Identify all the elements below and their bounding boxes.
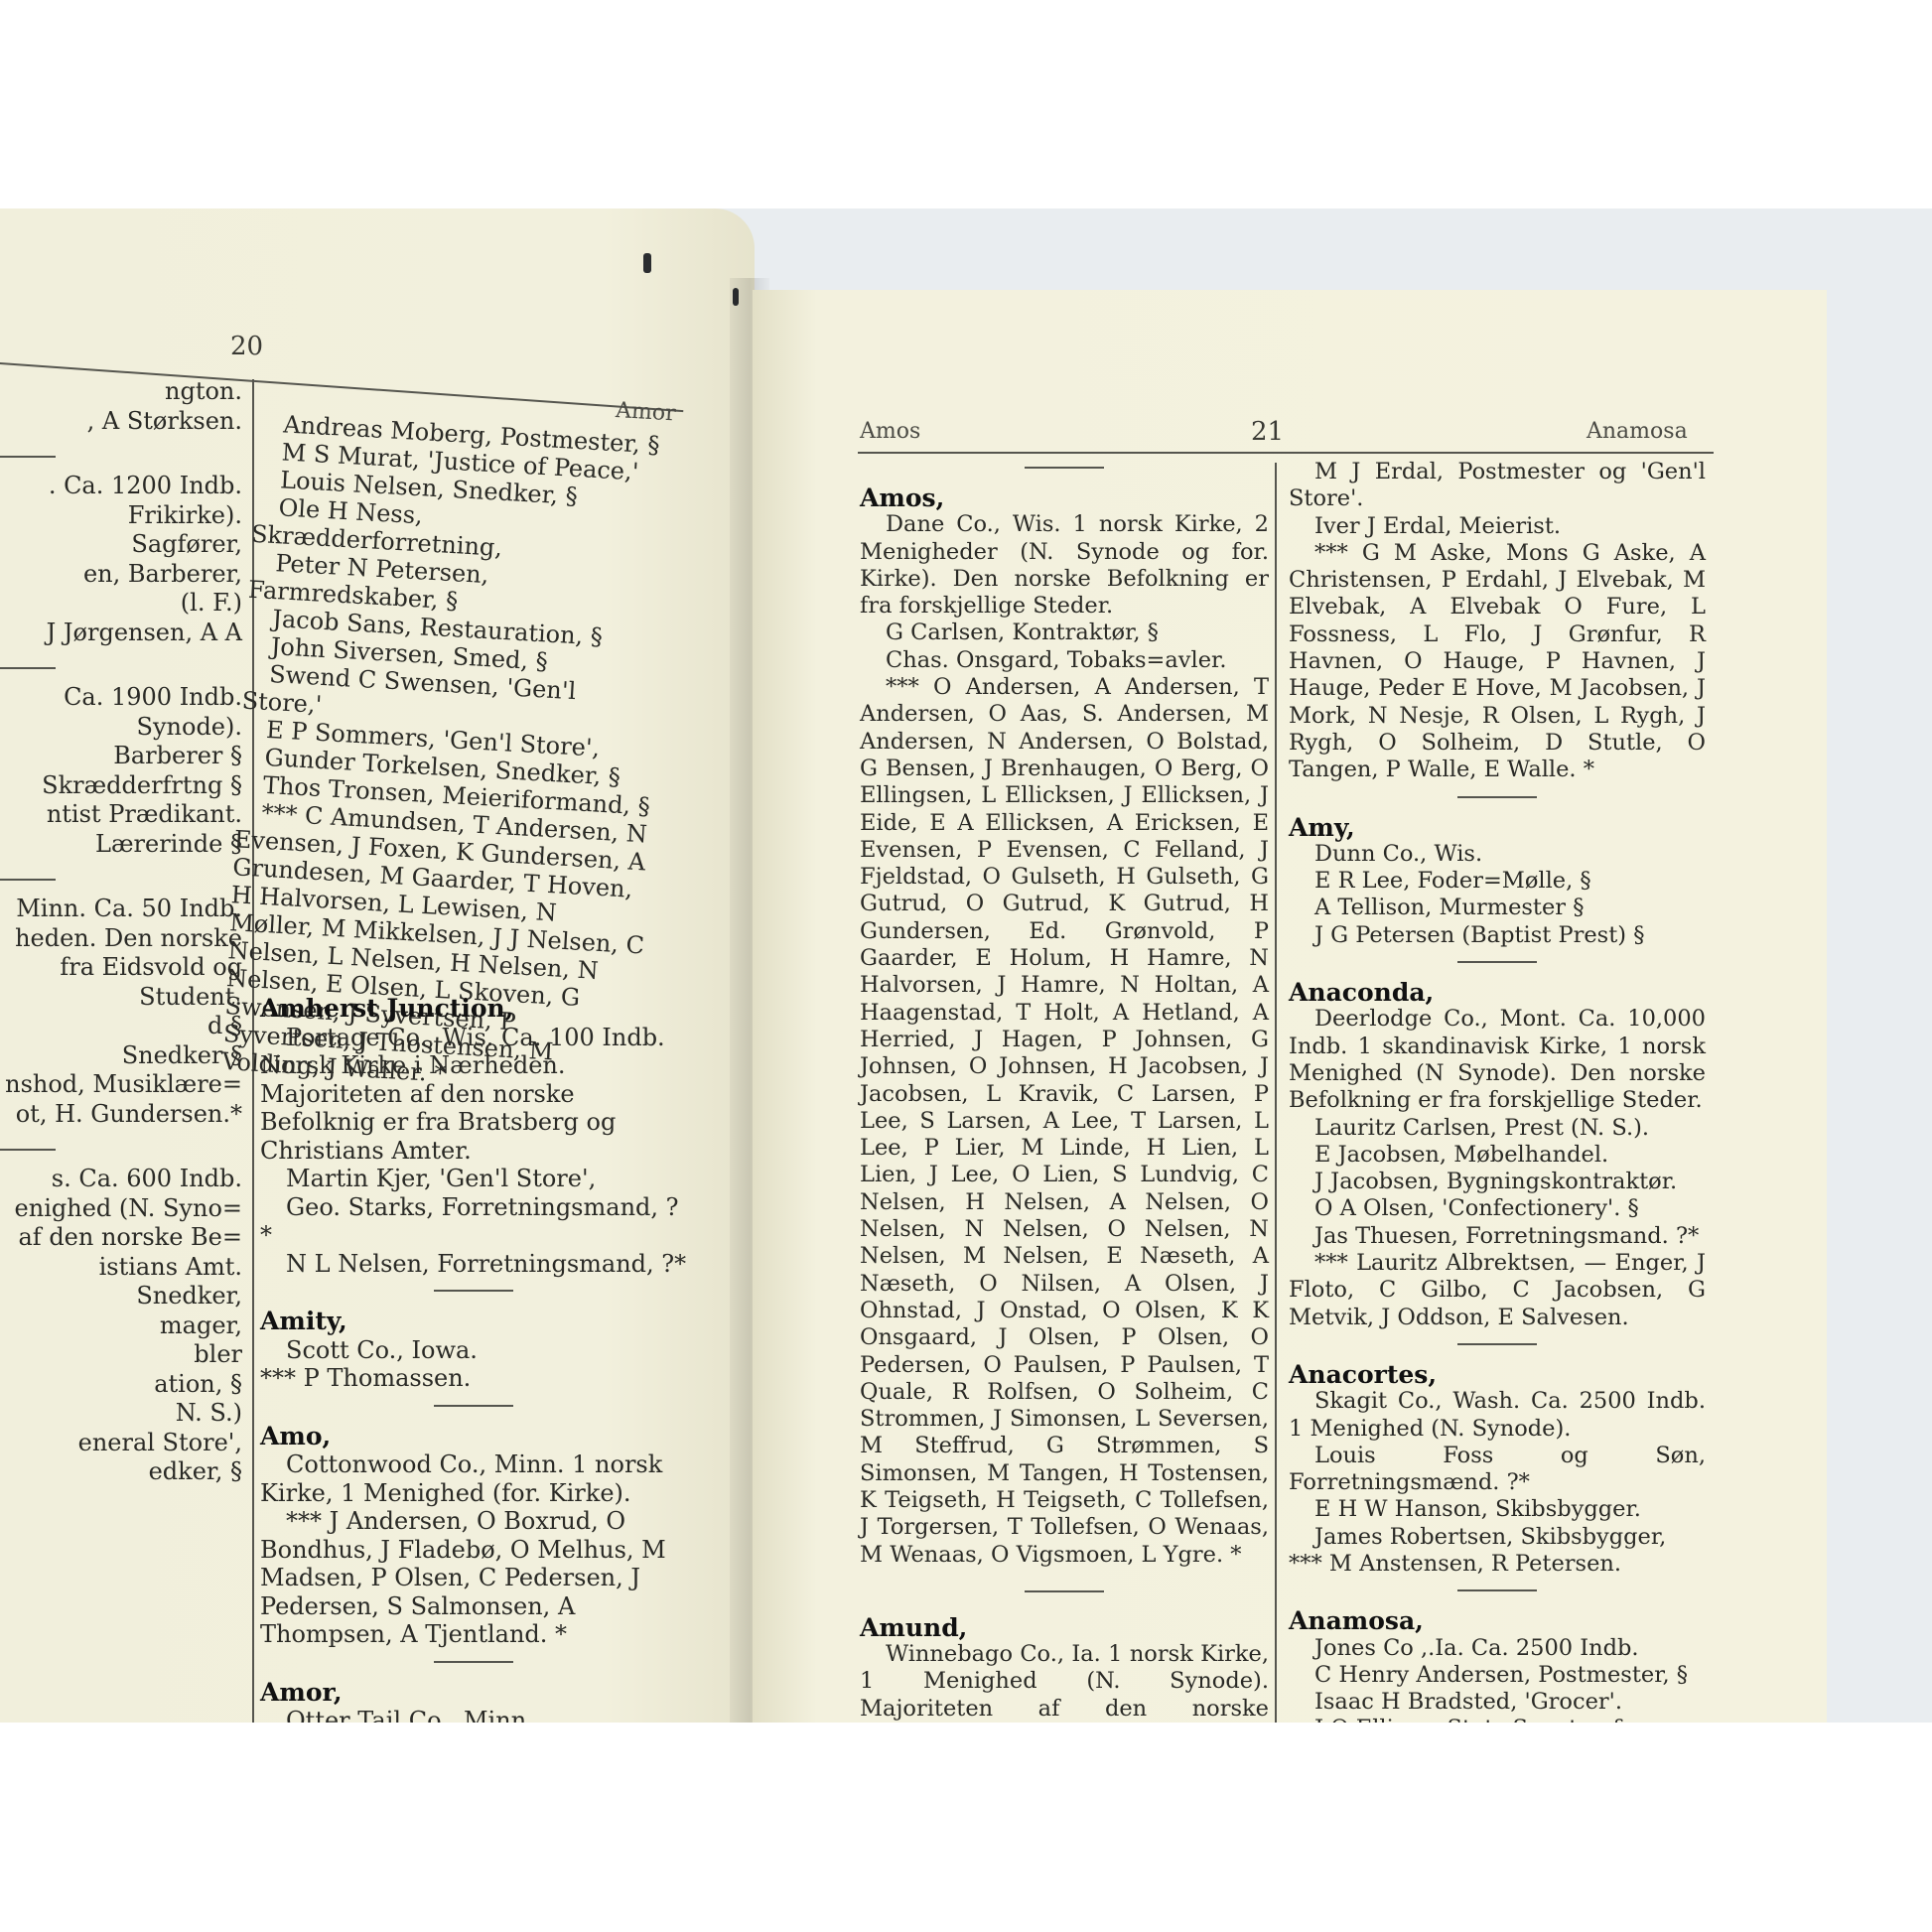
place-description: Otter Tail Co., Minn. <box>260 1707 687 1723</box>
fragment-line: nshod, Musiklære= <box>0 1070 242 1100</box>
entry-line: Isaac H Bradsted, 'Grocer'. <box>1289 1689 1706 1716</box>
fragment-line: N. S.) <box>0 1399 242 1429</box>
entry-line: J G Petersen (Baptist Prest) § <box>1289 922 1706 949</box>
entry-separator <box>0 1135 56 1151</box>
entry-separator <box>434 1661 513 1663</box>
right-column-2: M J Erdal, Postmester og 'Gen'l Store'. … <box>1289 459 1706 1723</box>
entry-anaconda: Anaconda, Deerlodge Co., Mont. Ca. 10,00… <box>1289 979 1706 1331</box>
fragment-line: . Ca. 1200 Indb. <box>0 472 242 501</box>
entry-line: J Jacobsen, Bygningskontraktør. <box>1289 1169 1706 1195</box>
place-description: Dane Co., Wis. 1 norsk Kirke, 2 Menighed… <box>860 511 1269 620</box>
right-column-1: Amos, Dane Co., Wis. 1 norsk Kirke, 2 Me… <box>860 467 1269 1723</box>
resident-list: *** G M Aske, Mons G Aske, A Christensen… <box>1289 540 1706 784</box>
fragment-line: Frikirke). <box>0 501 242 531</box>
fragment-line: Synode). <box>0 713 242 743</box>
fragment-line: d § <box>0 1012 242 1041</box>
book-cover-edge <box>643 253 651 273</box>
fragment-list: ngton., A Størksen.. Ca. 1200 Indb.Friki… <box>0 377 242 1487</box>
entry-line: C Henry Andersen, Postmester, § <box>1289 1662 1706 1689</box>
entry-line: Lauritz Carlsen, Prest (N. S.). <box>1289 1115 1706 1142</box>
entry-amo: Amo, Cottonwood Co., Minn. 1 norsk Kirke… <box>260 1423 687 1649</box>
place-title: Amund, <box>860 1614 1269 1641</box>
place-title: Amy, <box>1289 814 1706 841</box>
place-title: Anaconda, <box>1289 979 1706 1006</box>
entry-separator <box>1457 796 1537 798</box>
left-page: 20 ngton., A Størksen.. Ca. 1200 Indb.Fr… <box>0 208 755 1723</box>
fragment-line: (l. F.) <box>0 589 242 619</box>
fragment-line: Snedker, <box>0 1282 242 1311</box>
entry-anacortes: Anacortes, Skagit Co., Wash. Ca. 2500 In… <box>1289 1361 1706 1578</box>
fragment-line: Sagfører, <box>0 530 242 560</box>
entry-separator <box>1457 961 1537 963</box>
entry-line: Louis Foss og Søn, Forretningsmænd. ?* <box>1289 1443 1706 1497</box>
place-description: Winnebago Co., Ia. 1 norsk Kirke, 1 Meni… <box>860 1641 1269 1723</box>
entry-separator <box>1457 1343 1537 1345</box>
place-description: Cottonwood Co., Minn. 1 norsk Kirke, 1 M… <box>260 1450 687 1507</box>
entry-line: Iver J Erdal, Meierist. <box>1289 513 1706 540</box>
entry-amity: Amity, Scott Co., Iowa. *** P Thomassen. <box>260 1308 687 1393</box>
entry-separator <box>0 442 56 458</box>
column-rule <box>1275 463 1277 1723</box>
resident-list: *** O Andersen, A Andersen, T Andersen, … <box>860 674 1269 1569</box>
fragment-line: ot, H. Gundersen.* <box>0 1100 242 1130</box>
place-description: Deerlodge Co., Mont. Ca. 10,000 Indb. 1 … <box>1289 1006 1706 1114</box>
entry-separator <box>434 1290 513 1292</box>
fragment-line: ation, § <box>0 1370 242 1400</box>
fragment-line: bler <box>0 1340 242 1370</box>
place-title: Anacortes, <box>1289 1361 1706 1388</box>
place-title: Amo, <box>260 1423 687 1451</box>
entry-line: N L Nelsen, Forretningsmand, ?* <box>260 1250 687 1279</box>
entry-line: E H W Hanson, Skibsbygger. <box>1289 1496 1706 1523</box>
entry-line: E Jacobsen, Møbelhandel. <box>1289 1142 1706 1169</box>
entry-amy: Amy, Dunn Co., Wis. E R Lee, Foder=Mølle… <box>1289 814 1706 949</box>
fragment-line: fra Eidsvold og <box>0 953 242 983</box>
entry-amor: Amor, Otter Tail Co., Minn. *** A Anders… <box>260 1679 687 1724</box>
entry-line: James Robertsen, Skibsbygger, <box>1289 1524 1706 1551</box>
fragment-line: s. Ca. 600 Indb. <box>0 1165 242 1194</box>
entry-line: A Tellison, Murmester § <box>1289 895 1706 921</box>
header-rule <box>858 452 1714 454</box>
entry-amos: Amos, Dane Co., Wis. 1 norsk Kirke, 2 Me… <box>860 484 1269 1569</box>
fragment-line: , A Størksen. <box>0 407 242 437</box>
place-title: Anamosa, <box>1289 1607 1706 1634</box>
fragment-line: eneral Store', <box>0 1429 242 1458</box>
entry-separator <box>1457 1589 1537 1591</box>
photo-bottom-margin <box>0 1723 1932 1932</box>
fragment-line: Ca. 1900 Indb. <box>0 683 242 713</box>
entry-line: Jas Thuesen, Forretningsmand. ?* <box>1289 1223 1706 1250</box>
fragment-line: enighed (N. Syno= <box>0 1194 242 1224</box>
fragment-line: Skrædderfrtng § <box>0 771 242 801</box>
fragment-line: Snedker § <box>0 1041 242 1071</box>
resident-list: *** M Anstensen, R Petersen. <box>1289 1551 1706 1578</box>
fragment-line: Student. <box>0 983 242 1013</box>
entry-anamosa: Anamosa, Jones Co ,.Ia. Ca. 2500 Indb. C… <box>1289 1607 1706 1723</box>
fragment-line: istians Amt. <box>0 1253 242 1283</box>
place-title: Amor, <box>260 1679 687 1708</box>
fragment-line: edker, § <box>0 1457 242 1487</box>
fragment-line: J Jørgensen, A A <box>0 619 242 648</box>
fragment-line: heden. Den norske <box>0 924 242 954</box>
entry-separator <box>434 1405 513 1407</box>
place-description: Dunn Co., Wis. <box>1289 841 1706 868</box>
page-number: 20 <box>230 332 263 361</box>
fragment-line: Barberer § <box>0 742 242 771</box>
left-inner-column: Amor Andreas Moberg, Postmester, § M S M… <box>221 377 677 1098</box>
entry-line: Chas. Onsgard, Tobaks=avler. <box>860 647 1269 674</box>
fragment-line: ntist Prædikant. <box>0 800 242 830</box>
entry-line: Martin Kjer, 'Gen'l Store', <box>260 1165 687 1193</box>
place-title: Amherst Junction, <box>260 995 687 1024</box>
entry-line: E R Lee, Foder=Mølle, § <box>1289 868 1706 895</box>
entry-separator <box>1025 1590 1104 1592</box>
entry-line: G Carlsen, Kontraktør, § <box>860 620 1269 646</box>
resident-list: *** Lauritz Albrektsen, — Enger, J Floto… <box>1289 1250 1706 1331</box>
left-inner-column-entries: Amherst Junction, Portage Co., Wis. Ca. … <box>260 993 687 1723</box>
running-head-left: Amos <box>860 419 920 444</box>
entry-separator <box>0 653 56 669</box>
resident-list: *** J Andersen, O Boxrud, O Bondhus, J F… <box>260 1507 687 1649</box>
place-title: Amity, <box>260 1308 687 1336</box>
fragment-line: Lærerinde § <box>0 830 242 860</box>
fragment-line: mager, <box>0 1311 242 1341</box>
entry-separator <box>1025 467 1104 469</box>
fragment-line: Minn. Ca. 50 Indb. <box>0 895 242 924</box>
entry-line: Geo. Starks, Forretningsmand, ?* <box>260 1193 687 1250</box>
entry-amherst-junction: Amherst Junction, Portage Co., Wis. Ca. … <box>260 995 687 1278</box>
fragment-line: ngton. <box>0 377 242 407</box>
resident-list: *** P Thomassen. <box>260 1364 687 1393</box>
place-description: Scott Co., Iowa. <box>260 1336 687 1365</box>
entry-amund: Amund, Winnebago Co., Ia. 1 norsk Kirke,… <box>860 1614 1269 1723</box>
fragment-line: en, Barberer, <box>0 560 242 590</box>
right-page: Amos 21 Anamosa Amos, Dane Co., Wis. 1 n… <box>753 290 1827 1723</box>
entry-line: O A Olsen, 'Confectionery'. § <box>1289 1195 1706 1222</box>
running-head-right: Anamosa <box>1587 419 1688 444</box>
place-title: Amos, <box>860 484 1269 511</box>
place-description: Portage Co., Wis. Ca. 100 Indb. Norsk Ki… <box>260 1024 687 1166</box>
fragment-line: af den norske Be= <box>0 1223 242 1253</box>
entry-line: M J Erdal, Postmester og 'Gen'l Store'. <box>1289 459 1706 513</box>
place-description: Jones Co ,.Ia. Ca. 2500 Indb. <box>1289 1635 1706 1662</box>
page-number: 21 <box>1251 417 1284 447</box>
entry-separator <box>0 865 56 881</box>
left-outer-column: ngton., A Størksen.. Ca. 1200 Indb.Friki… <box>0 377 242 1487</box>
place-description: Skagit Co., Wash. Ca. 2500 Indb. 1 Menig… <box>1289 1388 1706 1443</box>
